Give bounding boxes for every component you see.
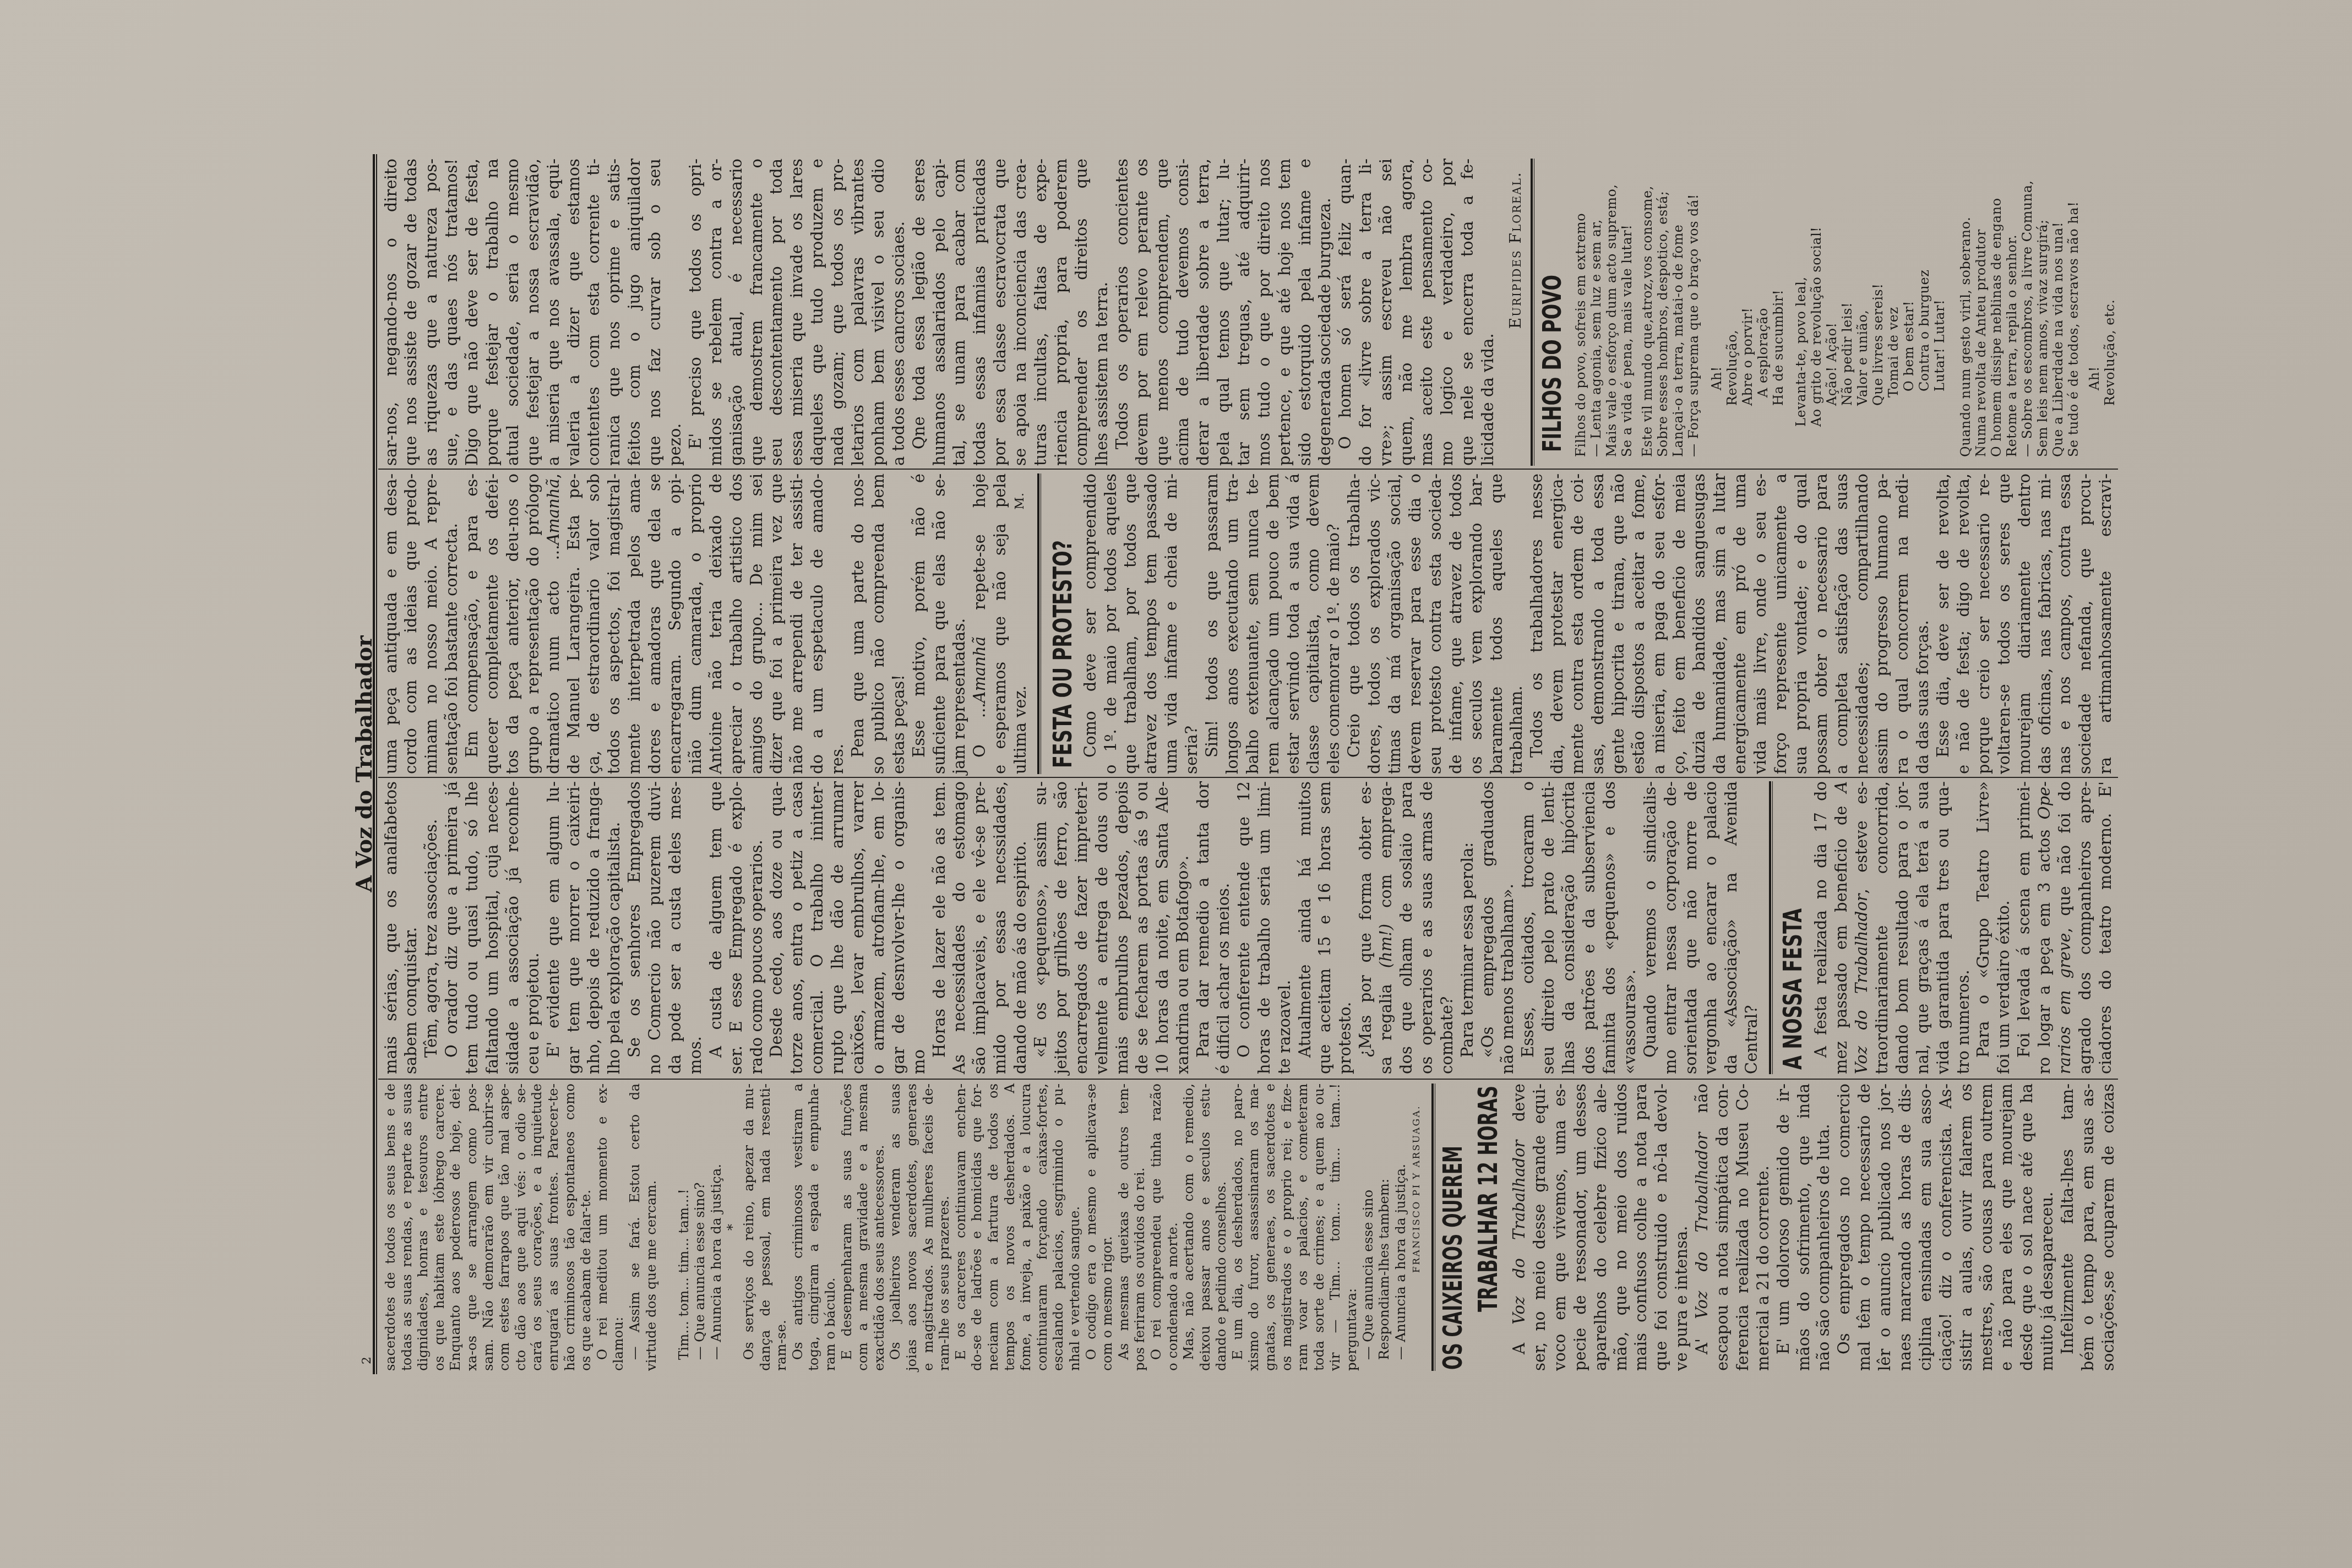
- text-line: de infame, que atravez de todos: [1446, 473, 1466, 774]
- text-line: licidade da vida.: [1478, 159, 1498, 466]
- poem-line: Lutar! Lutar!: [1932, 159, 1947, 466]
- line-text: ram-se.: [773, 1320, 789, 1371]
- text-line: a todos esses cancros sociaes.: [889, 159, 909, 466]
- line-text: E' preciso que todos os opri-: [686, 159, 705, 449]
- text-line: que nos assiste de gozar de todas: [401, 159, 421, 466]
- text-line: cto dão aos que aqui vés: o odio se-: [513, 1084, 529, 1371]
- line-text: , esteve es-: [1852, 781, 1871, 894]
- text-line: O codigo era o mesmo e aplicava-se: [1083, 1084, 1099, 1371]
- line-text: as riquezas que a natureza pos-: [422, 159, 440, 466]
- text-line: jeitos por grilhões de ferro, são: [1051, 781, 1071, 1074]
- line-text: ve pura e intensa.: [1672, 1226, 1691, 1371]
- text-line: Os joalheiros venderam as suas: [887, 1084, 903, 1371]
- text-line: derar a liberdade sobre a terra,: [1193, 159, 1213, 466]
- text-line: mão, que no meio dos ruidos: [1611, 1084, 1631, 1371]
- text-line: pecie de ressonador, um desses: [1570, 1084, 1591, 1371]
- masthead-title: A Voz do Trabalhador: [353, 151, 375, 1376]
- line-text: dores e amadoras que dela se: [645, 473, 664, 774]
- text-line: voco em que vivemos, uma es-: [1550, 1084, 1570, 1371]
- line-text: ram-lhe os seus prazeres.: [936, 1196, 952, 1371]
- line-text: deve: [1510, 1084, 1528, 1140]
- article-continuation-text: mais sérias, que os analfabetossabem con…: [381, 781, 1762, 1074]
- line-text: A: [1510, 1325, 1528, 1354]
- text-line: mãos do sofrimento, que inda: [1794, 1084, 1814, 1371]
- line-text: muito já desapareceu.: [2038, 1192, 2056, 1371]
- column-4: sar-nos, negando-nos o direitoque nos as…: [381, 159, 2117, 466]
- text-line: gar tem que morrer o caixeiri-: [564, 781, 584, 1074]
- line-text: ponham bem visivel o seu odio: [869, 159, 888, 466]
- text-line: baramente todos aqueles que: [1487, 473, 1507, 774]
- text-line: Esses, coitados, trocaram o: [1518, 781, 1538, 1074]
- text-line: «Os empregados graduados: [1478, 781, 1498, 1074]
- text-line: caixões, levar embrulhos, varrer: [848, 781, 868, 1074]
- author-signature: M.: [1010, 492, 1031, 510]
- line-text: encarregaram. Segundo a opi-: [666, 473, 684, 774]
- text-line: contentes com esta corrente ti-: [584, 159, 604, 466]
- poem-stanza: Ah!Revolução, etc.: [2087, 159, 2117, 466]
- line-text: E os carceres continuavam enchen-: [952, 1084, 968, 1360]
- text-line: mido por essas necssidades,: [990, 781, 1010, 1074]
- text-line: riencia propria, para poderem: [1051, 159, 1071, 466]
- text-line: seria?: [1182, 473, 1202, 774]
- text-line: dando e pedindo conselhos.: [1213, 1084, 1229, 1371]
- line-text: rupto que lhe dão de arrumar: [828, 781, 847, 1074]
- column-rule: [378, 469, 2118, 470]
- poem-line: Se a vida é pena, mais vale lutar!: [1619, 159, 1635, 466]
- text-line: horas de trabalho seria um limi-: [1254, 781, 1275, 1074]
- line-text: minam no nosso meio. A repre-: [422, 473, 440, 774]
- text-line: de Manuel Larangeira. Esta pe-: [564, 473, 584, 774]
- poem-line: Retome a terra, repila o senhor.: [2004, 159, 2019, 466]
- line-text: sociações,se ocuparem de coizas: [2099, 1084, 2117, 1371]
- line-text: toga, cingiram a espada e empunha-: [805, 1084, 821, 1371]
- line-text: mãos do sofrimento, que inda: [1794, 1084, 1813, 1371]
- line-text: gar tem que morrer o caixeiri-: [564, 781, 583, 1074]
- text-line: escapou a nota simpática da con-: [1712, 1084, 1733, 1371]
- text-line: porque creio ser necessario re-: [1974, 473, 1994, 774]
- text-line: possam obter o necessario para: [1811, 473, 1832, 774]
- emphasized-text: Voz do Trabalhador: [1692, 1133, 1711, 1319]
- line-text: no Comercio não puzerem duvi-: [645, 781, 664, 1074]
- text-line: devem por em relevo perante os: [1132, 159, 1152, 466]
- line-text: desde que o sol nace até que ha: [2017, 1084, 2036, 1371]
- column-rule: [378, 1079, 2118, 1080]
- line-text: aparelhos do celebre fizico ale-: [1591, 1084, 1610, 1371]
- text-line: minam no nosso meio. A repre-: [421, 473, 442, 774]
- line-text: ,: [544, 473, 563, 478]
- line-text: mais confusos colhe a nota para: [1631, 1084, 1650, 1371]
- line-text: so publico não compreenda bem: [869, 473, 888, 774]
- text-line: do for «livre sobre a terra li-: [1355, 159, 1376, 466]
- article-continuation-text: sar-nos, negando-nos o direitoque nos as…: [381, 159, 1498, 466]
- line-text: porque creio ser necessario re-: [1974, 473, 1993, 774]
- text-line: hão criminosos tão espontaneos como: [562, 1084, 578, 1371]
- text-line: pezo.: [665, 159, 685, 466]
- line-text: quem, não me lembra agora,: [1397, 159, 1415, 466]
- text-line: — Que anuncia esse sino?: [692, 1084, 708, 1371]
- text-line: gar de desnvolver-lhe o organis-: [889, 781, 909, 1074]
- poem-stanza: Levanta-te, povo leal,Ao grito de revolu…: [1793, 159, 1947, 466]
- emphasized-text: rarios em greve: [2055, 933, 2074, 1074]
- section-ornament: *: [724, 1084, 741, 1371]
- text-line: com estes farrapos que tão mal aspe-: [496, 1084, 513, 1371]
- line-text: possam obter o necessario para: [1812, 473, 1831, 774]
- line-text: E um dia, os desherdados, no paro-: [1229, 1084, 1245, 1360]
- text-line: pertence, e que até hoje nos tem: [1275, 159, 1295, 466]
- line-text: que trabalham, por todos que: [1121, 473, 1140, 774]
- line-text: O conferente entende que 12: [1234, 781, 1253, 1058]
- poem-stanza: Este vil mundo que,atroz,vos consome,Sob…: [1640, 159, 1701, 466]
- line-text: Os empregados no comercio: [1834, 1084, 1853, 1354]
- line-text: nhal e vertendo sangue.: [1066, 1206, 1082, 1371]
- text-line: ram o báculo.: [822, 1084, 839, 1371]
- line-text: contentes com esta corrente ti-: [584, 159, 603, 466]
- line-text: rado como poucos operarios.: [747, 840, 766, 1074]
- line-text: nho, depois de reduzido a franga-: [584, 781, 603, 1074]
- text-line: Pena que uma parte do nos-: [848, 473, 868, 774]
- line-text: , que não foi do: [2055, 781, 2074, 933]
- text-line: 10 horas da noite, em Santa Ale-: [1152, 781, 1173, 1074]
- line-text: ganisação atual, é necessario: [727, 159, 745, 466]
- line-text: a miseria, em paga do seu esfor-: [1649, 473, 1668, 774]
- line-text: que menos compreendem, que: [1153, 159, 1172, 466]
- text-line: E' preciso que todos os opri-: [685, 159, 706, 466]
- text-line: nada gozam; que todos os pro-: [827, 159, 848, 466]
- line-text: Quando veremos o sindicalis-: [1641, 781, 1659, 1058]
- line-text: — Assim se fará. Estou certo da: [627, 1084, 643, 1360]
- text-line: compreender os direitos que: [1071, 159, 1092, 466]
- text-line: toga, cingiram a espada e empunha-: [805, 1084, 822, 1371]
- text-line: que nos faz curvar sob o seu: [645, 159, 665, 466]
- line-text: Digo que não deve ser de festa,: [462, 159, 481, 466]
- poem-line: A esploração: [1755, 159, 1771, 466]
- text-line: nas e nos campos, contra essa: [2055, 473, 2075, 774]
- text-line: Antoine não teria deixado de: [706, 473, 726, 774]
- line-text: lhes assistem na terra.: [1092, 282, 1111, 466]
- line-text: quecer completamente os defei-: [483, 473, 502, 774]
- line-text: gar de desnvolver-lhe o organis-: [889, 781, 908, 1074]
- line-text: pecie de ressonador, um desses: [1571, 1084, 1589, 1371]
- line-text: eles comemorar o 1º. de maio?: [1324, 524, 1343, 774]
- text-line: sentação foi bastante correcta.: [442, 473, 462, 774]
- text-line: Sim! todos os que passaram: [1202, 473, 1222, 774]
- text-line: Os antigos criminosos vestiram a: [790, 1084, 806, 1371]
- text-line: Horas de lazer ele não as tem.: [929, 781, 950, 1074]
- line-text: toda sorte de crimes; e a quem ao ou-: [1311, 1084, 1327, 1371]
- poem-line: Que a Liberdade na vida nos una!: [2050, 159, 2066, 466]
- line-text: Pena que uma parte do nos-: [848, 473, 867, 758]
- text-line: midos se rebelem contra a or-: [706, 159, 726, 466]
- text-line: com a mesma gravidade e a mesma: [854, 1084, 871, 1371]
- line-text: A': [1692, 1319, 1711, 1354]
- line-text: jeitos por grilhões de ferro, são: [1052, 781, 1070, 1074]
- line-text: mez passado em beneficio de: [1832, 793, 1850, 1074]
- text-line: clamou:: [610, 1084, 627, 1371]
- line-text: dando e pedindo conselhos.: [1213, 1182, 1229, 1371]
- line-text: velmente a entrega de dous ou: [1092, 781, 1111, 1074]
- line-text: ser. E esse Empregado é explo-: [727, 781, 745, 1074]
- text-line: dizer que foi a primeira vez que: [766, 473, 787, 774]
- line-text: E' evidente que em algum lu-: [544, 781, 563, 1058]
- line-text: é dificil achar os meios.: [1214, 883, 1233, 1074]
- text-line: ço, feito em beneficio de meia: [1669, 473, 1690, 774]
- line-text: da «Associação» na Avenida: [1722, 781, 1740, 1074]
- text-line: sociedade nefanda, que procu-: [2075, 473, 2095, 774]
- text-line: estar servindo toda a sua vida á: [1283, 473, 1304, 774]
- line-text: mestres, são cousas para outrem: [1977, 1084, 1996, 1371]
- line-text: repete-se hoje: [970, 473, 989, 636]
- text-line: é dificil achar os meios.: [1213, 781, 1234, 1074]
- line-text: Atualmente ainda há muitos: [1295, 781, 1314, 1058]
- line-text: vre»; assim escreveu não sei: [1376, 159, 1395, 466]
- line-text: a todos esses cancros sociaes.: [889, 221, 908, 466]
- line-text: virtude dos que me cercam.: [643, 1180, 659, 1371]
- text-line: todos os aspectos, foi magistral-: [604, 473, 624, 774]
- line-text: mourejam diariamente dentro: [2015, 473, 2034, 774]
- text-line: velmente a entrega de dous ou: [1092, 781, 1112, 1074]
- text-line: forço represente unicamente a: [1771, 473, 1791, 774]
- line-text: e não para eles que mourejam: [1997, 1084, 2016, 1371]
- poem-line: Valor e união,: [1855, 159, 1870, 466]
- line-text: agrado dos companheiros apre-: [2076, 781, 2094, 1074]
- text-line: — Assim se fará. Estou certo da: [627, 1084, 643, 1371]
- text-line: tar sem treguas, até adquirir-: [1234, 159, 1254, 466]
- line-text: a miseria que nos avassala, equi-: [544, 159, 563, 466]
- poem-line: — Sobre os escombros, a livre Comuna,: [2019, 159, 2035, 466]
- text-line: — Anuncia a hora da justiça.: [1392, 1084, 1409, 1371]
- line-text: humanos assalariados pelo capi-: [930, 159, 949, 466]
- line-text: bém o tempo para, em suas as-: [2078, 1084, 2097, 1371]
- text-line: daqueles que tudo produzem e: [807, 159, 827, 466]
- text-line: porque festejar o trabalho na: [482, 159, 503, 466]
- line-text: faltando um hospital, cuja neces-: [483, 781, 502, 1074]
- line-text: atravez dos tempos tem passado: [1141, 473, 1160, 774]
- line-text: o 1º. de maio por todos aqueles: [1101, 473, 1120, 774]
- text-line: virtude dos que me cercam.: [643, 1084, 660, 1371]
- line-text: que demostrem francamente o: [747, 159, 766, 466]
- line-text: os magistrados e o proprio rei; e fize-: [1278, 1084, 1294, 1371]
- column-rule: [378, 777, 2118, 778]
- line-text: Para terminar essa perola:: [1458, 842, 1477, 1058]
- text-line: dores e amadoras que dela se: [645, 473, 665, 774]
- text-line: ceu e projetou.: [523, 781, 543, 1074]
- headline-rule: [1431, 1084, 1435, 1371]
- line-text: perguntava:: [1343, 1288, 1359, 1371]
- text-line: cordo com as ideias que predo-: [401, 473, 421, 774]
- text-line: ganisação atual, é necessario: [726, 159, 747, 466]
- text-line: devem reservar para esse dia o: [1405, 473, 1425, 774]
- line-text: sociedade nefanda, que procu-: [2076, 473, 2094, 774]
- line-text: 10 horas da noite, em Santa Ale-: [1153, 781, 1172, 1074]
- text-line: uma vida infame e cheia de mi-: [1161, 473, 1182, 774]
- text-line: toda sorte de crimes; e a quem ao ou-: [1311, 1084, 1327, 1371]
- text-line: dança de pessoal, em nada resenti-: [757, 1084, 774, 1371]
- line-text: «E os «pequenos», assim su-: [1031, 781, 1050, 1058]
- text-line: encarregaram. Segundo a opi-: [665, 473, 685, 774]
- poem-line: Revolução,: [1724, 159, 1740, 466]
- text-line: mais confusos colhe a nota para: [1631, 1084, 1651, 1371]
- text-line: gente hipocrita e tirana, que não: [1608, 473, 1629, 774]
- text-line: os que acabam de falar-te.: [578, 1084, 594, 1371]
- text-line: combate?: [1437, 781, 1457, 1074]
- text-line: balho extenuante, sem nunca te-: [1243, 473, 1263, 774]
- text-line: O ...Amanhã repete-se hoje: [970, 473, 990, 774]
- emphasized-text: Amanhã: [544, 478, 563, 545]
- text-line: vergonha ao encarar o palacio: [1701, 781, 1721, 1074]
- poem-line: Ah!: [2087, 159, 2102, 466]
- line-text: Esse motivo, porém não é: [910, 473, 928, 758]
- line-text: O ...: [970, 703, 989, 758]
- line-text: seria?: [1182, 726, 1201, 774]
- text-line: ça, de estraordinario valor sob: [584, 473, 604, 774]
- line-text: Têm, agora, trez associações.: [422, 819, 440, 1058]
- text-line: sabem conquistar.: [401, 781, 421, 1074]
- text-line: mo entrar nessa corporação de-: [1660, 781, 1681, 1074]
- text-line: desde que o sol nace até que ha: [2017, 1084, 2037, 1371]
- text-line: seu descontentamento por toda: [766, 159, 787, 466]
- line-text: dizer que foi a primeira vez que: [767, 473, 786, 774]
- line-text: balho extenuante, sem nunca te-: [1243, 473, 1262, 774]
- line-text: encarregados de fazer impreteri-: [1072, 781, 1091, 1074]
- text-line: duzia de bandidos sanguesugas: [1689, 473, 1709, 774]
- line-text: escapou a nota simpática da con-: [1713, 1084, 1732, 1371]
- line-text: os seculos vem explorando bar-: [1467, 473, 1485, 774]
- line-text: jam representadas.: [950, 618, 968, 774]
- story-text: sacerdotes de todos os seus bens e detod…: [382, 1084, 1408, 1371]
- line-text: energicamente em pró de uma: [1730, 473, 1749, 774]
- text-line: vida garantida para tres ou qua-: [1933, 781, 1953, 1074]
- text-line: são implacaveis, e ele vê-se pre-: [970, 781, 990, 1074]
- text-line: Para terminar essa perola:: [1457, 781, 1478, 1074]
- text-line: da «Associação» na Avenida: [1721, 781, 1741, 1074]
- text-line: Infelizmente falta-lhes tam-: [2057, 1084, 2078, 1371]
- text-line: de se fecharem as portas ás 9 ou: [1132, 781, 1152, 1074]
- text-line: e esperamos que não seja pela: [990, 473, 1010, 774]
- text-line: mas aceito este pensamento co-: [1417, 159, 1437, 466]
- text-line: O homen só será feliz quan-: [1335, 159, 1355, 466]
- text-line: nal, que graças á ela terá a sua: [1913, 781, 1933, 1074]
- line-text: Esses, coitados, trocaram o: [1518, 781, 1537, 1058]
- line-text: sue, e das quaes nós tratamos!: [442, 159, 461, 466]
- line-text: O orador diz que a primeira já: [442, 781, 461, 1058]
- headline: FILHOS DO POVO: [1536, 159, 1569, 466]
- text-line: sorientada que não morre de: [1681, 781, 1701, 1074]
- line-text: clamou:: [610, 1317, 626, 1371]
- line-text: caixões, levar embrulhos, varrer: [848, 781, 867, 1074]
- poem-line: Tomai de vez: [1886, 159, 1901, 466]
- poem-line: Se tudo é de todos, escravos não ha!: [2066, 159, 2081, 466]
- text-line: grupo a representação do prólogo: [523, 473, 543, 774]
- text-line: que aceitam 15 e 16 horas sem: [1315, 781, 1335, 1074]
- line-text: mas aceito este pensamento co-: [1417, 159, 1436, 466]
- text-line: que festejar a nossa escravidão,: [523, 159, 543, 466]
- text-line: dos patrões e da subserviencia: [1579, 781, 1599, 1074]
- line-text: se apoia na inconciencia das crea-: [1011, 159, 1030, 466]
- line-text: Sim! todos os que passaram: [1202, 473, 1221, 758]
- line-text: Respondiam-lhes tambem:: [1376, 1179, 1392, 1360]
- text-line: trabalham.: [1506, 473, 1527, 774]
- line-text: mais embrulhos pezados, depois: [1113, 781, 1131, 1074]
- line-text: amigos do grupo... De mim sei: [747, 473, 766, 774]
- text-line: que nele se encerra toda a fe-: [1457, 159, 1478, 466]
- poem-line: Ao grito de revolução social!: [1809, 159, 1824, 466]
- text-line: ponham bem visivel o seu odio: [868, 159, 889, 466]
- text-line: o armazem, atrofiam-lhe, em lo-: [868, 781, 889, 1074]
- poem-line: Mais vale o esforço dum acto supremo,: [1604, 159, 1619, 466]
- text-line: da pode ser a custa deles mes-: [665, 781, 685, 1074]
- text-line: tos da peça anterior, deu-nos o: [503, 473, 523, 774]
- line-text: ciação! diz o conferencista. As-: [1936, 1084, 1955, 1371]
- text-line: não são companheiros de luta.: [1814, 1084, 1834, 1371]
- line-text: comercial. O trabalho ininter-: [808, 781, 826, 1074]
- text-line: A custa de alguem tem que: [706, 781, 726, 1074]
- text-line: dores, todos os explorados vic-: [1364, 473, 1385, 774]
- line-text: sorientada que não morre de: [1681, 781, 1700, 1074]
- text-line: no Comercio não puzerem duvi-: [645, 781, 665, 1074]
- text-line: res.: [827, 473, 848, 774]
- poem-line: Ah!: [1709, 159, 1724, 466]
- line-text: Esse dia, deve ser de revolta,: [1934, 473, 1952, 758]
- text-line: atravez dos tempos tem passado: [1141, 473, 1161, 774]
- text-line: E' evidente que em algum lu-: [543, 781, 564, 1074]
- text-line: os seculos vem explorando bar-: [1466, 473, 1487, 774]
- text-line: necessidades; compartilhando: [1852, 473, 1872, 774]
- text-line: ve pura e intensa.: [1672, 1084, 1692, 1371]
- text-line: E um dia, os desherdados, no paro-: [1229, 1084, 1246, 1371]
- line-text: que festejar a nossa escravidão,: [524, 159, 542, 466]
- line-text: que foi construido e nô-la devol-: [1652, 1084, 1670, 1371]
- line-text: dos patrões e da subserviencia: [1580, 781, 1598, 1074]
- line-text: xa-os que se arrangem como pos-: [464, 1084, 480, 1371]
- line-text: E' um doloroso gemido de ir-: [1774, 1084, 1793, 1354]
- line-text: E desempenharam as suas funções: [839, 1084, 854, 1360]
- line-text: lho pela exploração capitalista.: [605, 822, 623, 1074]
- text-line: todas essas infamias praticadas: [970, 159, 990, 466]
- line-text: continuaram forçando caixas-fortes,: [1034, 1084, 1050, 1371]
- poem-line: Numa revolta de Anteu produtor: [1973, 159, 1989, 466]
- line-text: e magistrados. As mulheres faceis de-: [920, 1084, 936, 1371]
- line-text: mente contra esta ordem de coi-: [1568, 473, 1587, 774]
- text-line: perguntava:: [1343, 1084, 1360, 1371]
- emphasized-text: (hm!): [1376, 924, 1395, 968]
- line-text: dignidades, honras e tesouros entre: [415, 1084, 431, 1371]
- line-text: «Os empregados graduados: [1478, 781, 1497, 1058]
- line-text: Os antigos criminosos vestiram a: [790, 1084, 805, 1360]
- text-line: Quando veremos o sindicalis-: [1640, 781, 1660, 1074]
- text-line: que foi construido e nô-la devol-: [1651, 1084, 1672, 1371]
- text-line: ram-lhe os seus prazeres.: [936, 1084, 952, 1371]
- text-line: e não de festa; digo de revolta,: [1953, 473, 1974, 774]
- line-text: voltaren-se todos os seres que: [1995, 473, 2013, 774]
- line-text: nal, que graças á ela terá a sua: [1913, 781, 1932, 1074]
- text-line: gnatas, os generaes, os sacerdotes e: [1262, 1084, 1278, 1371]
- text-line: mercial a 21 do corrente.: [1753, 1084, 1773, 1371]
- line-text: do for «livre sobre a terra li-: [1356, 159, 1375, 466]
- line-text: das oficinas, nas fabricas, nas mi-: [2035, 473, 2054, 774]
- line-text: «vassouras».: [1620, 970, 1639, 1074]
- line-text: ranica que nos oprime e satis-: [605, 159, 623, 466]
- poem-line: Abre o porvir!: [1740, 159, 1755, 466]
- line-text: te razoavel.: [1275, 980, 1294, 1074]
- text-line: seu protesto contra esta socieda-: [1425, 473, 1446, 774]
- poem-line: O homem dissipe neblinas de engano: [1989, 159, 2004, 466]
- line-text: letarios com palavras vibrantes: [848, 159, 867, 466]
- line-text: atual sociedade, seria o mesmo: [503, 159, 522, 466]
- text-line: tempos os novos desherdados. A: [1001, 1084, 1018, 1371]
- line-text: ¿Mas por que forma obter es-: [1356, 781, 1375, 1058]
- emphasized-text: Amanhã: [970, 636, 989, 703]
- line-text: As mesmas queixas de outros tem-: [1115, 1084, 1131, 1360]
